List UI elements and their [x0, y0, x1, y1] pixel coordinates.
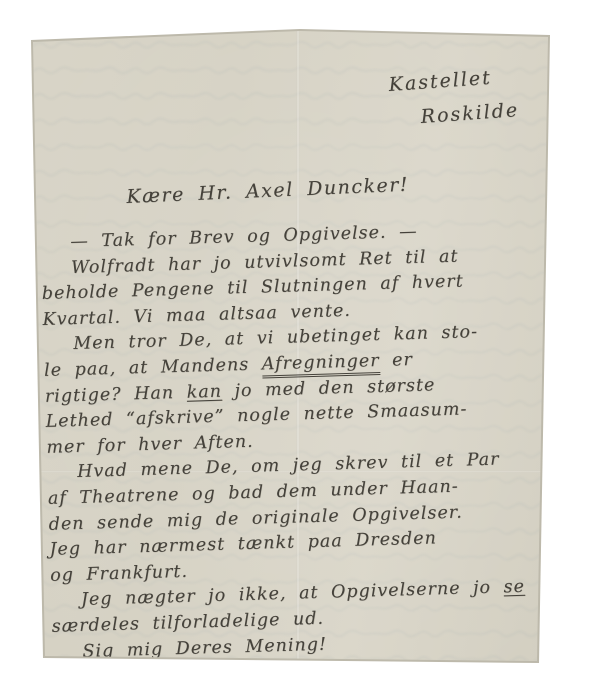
- letter-photo: Kastellet Roskilde Kære Hr. Axel Duncker…: [0, 0, 590, 700]
- body-text: særdeles tilforladelige ud.: [51, 609, 324, 637]
- body-text: og Frankfurt.: [50, 561, 188, 585]
- letter-body: — Tak for Brev og Opgivelse. —Wolfradt h…: [40, 216, 561, 666]
- ink-speck: [556, 90, 560, 93]
- body-text: jo med den største: [222, 375, 436, 401]
- letter-paper: Kastellet Roskilde Kære Hr. Axel Duncker…: [0, 0, 590, 700]
- body-text: mer for hver Aften.: [46, 432, 254, 458]
- body-text: le paa, at Mandens: [44, 354, 262, 380]
- underlined-word: se: [503, 577, 525, 598]
- body-text: rigtige? Han: [45, 382, 187, 406]
- body-text: er: [379, 350, 413, 371]
- underlined-word: Afregninger: [262, 351, 380, 378]
- underlined-word: kan: [186, 381, 222, 402]
